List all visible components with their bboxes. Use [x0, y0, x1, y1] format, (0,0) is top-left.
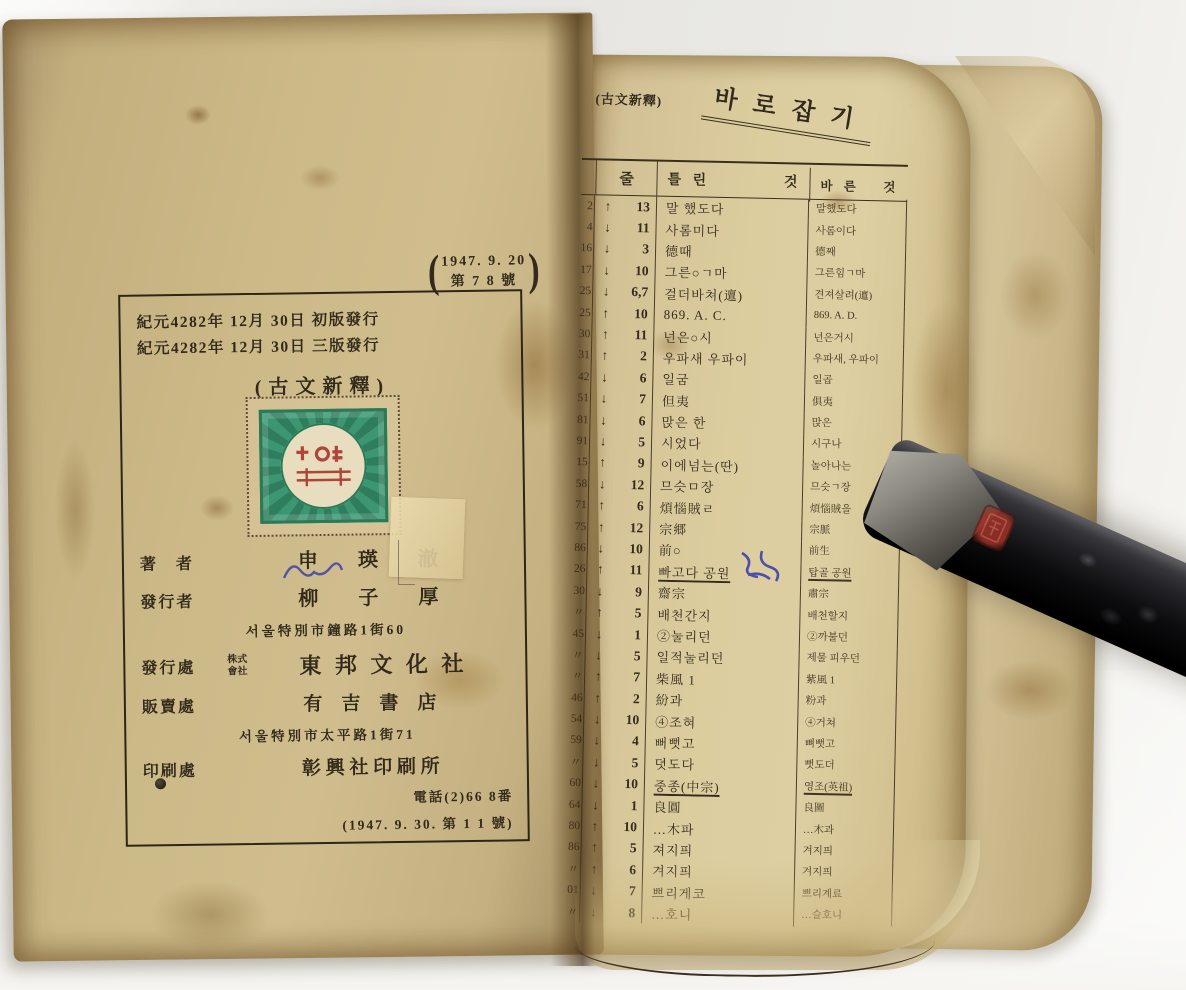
errata-wrong-text: 빠고다 공원: [658, 562, 730, 583]
errata-correct-text: 뻣도더: [804, 757, 835, 773]
errata-wrong-text: 시었다: [661, 433, 702, 453]
errata-correct-text: 겨지픠: [802, 843, 833, 859]
errata-wrong-text: 맍은 한: [661, 412, 706, 432]
errata-correct-text: 일곱: [812, 372, 833, 387]
errata-wrong-text: 쁘리게코: [651, 882, 706, 902]
errata-line-number: 5: [612, 602, 648, 624]
errata-table: 줄 틀 린 것 바 른 것 2 ↑ 13 말 했도다 말했도다 4 ↓ 11 사…: [566, 158, 908, 929]
errata-wrong-text: …木파: [653, 818, 695, 838]
errata-correct-text: 놀아나는: [810, 458, 851, 474]
errata-correct-text: 우파새, 우파이: [813, 351, 879, 367]
printer-row: 印刷處 彰 興 社 印 刷 所: [143, 750, 513, 782]
errata-line-number: 10: [619, 260, 655, 282]
errata-wrong-text: 煩惱賊ㄹ: [660, 497, 716, 517]
errata-wrong-text: 므슷ㅁ장: [660, 476, 715, 496]
seal-imprint-icon: [292, 442, 355, 491]
errata-line-number: 2: [618, 346, 654, 368]
paren-open: (: [428, 250, 440, 296]
publishing-house-label: 發行處: [141, 654, 227, 678]
publisher-person-name: 柳 子 厚: [226, 579, 510, 612]
book-photo: ( 1947. 9. 20第 7 8 號 ) 紀元4282年 12月 30日 初…: [0, 0, 1186, 990]
series-title: (古文新釋): [595, 88, 662, 109]
book-gutter-shadow: [546, 14, 603, 966]
errata-line-number: 3: [620, 239, 656, 261]
errata-wrong-text: 이에넘는(딴): [660, 455, 739, 476]
red-seal-glyph-icon: [978, 511, 1009, 546]
publisher-person-row: 發行者 柳 子 厚: [140, 579, 510, 613]
errata-correct-text: 말했도다: [816, 201, 857, 217]
errata-wrong-text: 紛과: [655, 690, 683, 710]
errata-correct-text: 견져살려(邅): [814, 287, 872, 303]
errata-correct-text: 겨지픠: [802, 864, 833, 880]
errata-correct-text: 넌은거시: [813, 329, 854, 345]
errata-line-number: 5: [607, 837, 643, 859]
seller-address: 서울特別市太平路1街71: [142, 721, 512, 746]
errata-wrong-text: 뻐뻣고: [655, 733, 696, 753]
errata-correct-text: 시구나: [811, 436, 842, 452]
issue-note: ( 1947. 9. 20第 7 8 號 ): [428, 251, 540, 294]
errata-line-number: 7: [611, 666, 647, 688]
errata-correct-text: 良圖: [803, 800, 824, 815]
errata-correct-text: 肅宗: [808, 586, 829, 601]
errata-correct-text: 宗脈: [809, 522, 830, 537]
errata-correct-text: 탑골 공원: [808, 565, 852, 581]
errata-correct-text: 前生: [809, 543, 830, 558]
errata-wrong-text: 우파새 우파이: [663, 348, 749, 369]
errata-line-number: 11: [613, 559, 649, 581]
pencil-mark: [398, 540, 415, 585]
printer-name: 彰 興 社 印 刷 所: [229, 750, 513, 781]
errata-wrong-text: 宗郷: [659, 519, 687, 539]
errata-correct-text: 영조(英祖): [804, 779, 853, 795]
ink-dot: [155, 778, 166, 789]
errata-wrong-text: 넌은○시: [663, 326, 713, 346]
errata-wrong-text: ②눌리던: [657, 626, 712, 646]
errata-wrong-text: 일굼: [662, 369, 690, 389]
errata-line-number: 5: [616, 431, 652, 453]
errata-line-number: 9: [615, 452, 651, 474]
errata-correct-text: 배천할지: [807, 607, 848, 623]
errata-rows: 2 ↑ 13 말 했도다 말했도다 4 ↓ 11 사롬미다 사롬이다 16 ↓ …: [566, 195, 907, 929]
errata-correct-text: 德째: [815, 244, 836, 259]
errata-correct-text: 므슷ㄱ장: [810, 479, 851, 495]
errata-line-number: 2: [610, 688, 646, 710]
errata-wrong-text: 그른○ㄱ마: [664, 262, 727, 282]
right-header-tail: 것: [883, 177, 899, 195]
errata-wrong-text: 말 했도다: [666, 198, 725, 218]
edition-line-1: 紀元4282年 12月 30日 初版發行: [136, 305, 506, 332]
revenue-stamp: [259, 408, 389, 524]
errata-correct-text: ④거쳐: [805, 714, 836, 730]
wrong-col-header: 틀 린 것: [657, 162, 810, 199]
errata-line-number: 4: [610, 730, 646, 752]
publishing-house-prefix: 株式 會社: [227, 654, 247, 677]
errata-line-number: 6: [616, 410, 652, 432]
errata-line-number: 8: [606, 902, 642, 924]
errata-correct-text: 869. A. D.: [814, 310, 858, 322]
errata-correct-text: 제물 피우던: [806, 650, 860, 666]
errata-wrong-text: 德때: [665, 241, 693, 261]
errata-wrong-text: 걸더바쳐(邅): [664, 284, 743, 305]
errata-wrong-text: ④조혀: [655, 711, 697, 731]
line-col-header: 줄: [595, 160, 658, 195]
errata-wrong-text: 사롬미다: [665, 219, 720, 239]
errata-wrong-text: 배천간지: [657, 604, 712, 624]
errata-correct-text: …슬호니: [801, 907, 842, 923]
errata-line-number: 1: [608, 795, 644, 817]
seller-row: 販賣處 有 吉 書 店: [142, 686, 512, 718]
publisher-person-label: 發行者: [140, 588, 226, 612]
publishing-house-row: 發行處 株式 會社 東 邦 文 化 社: [141, 646, 511, 682]
errata-line-number: 10: [614, 538, 650, 560]
errata-correct-text: 粉과: [806, 693, 827, 708]
errata-wrong-text: 前○: [659, 540, 682, 559]
errata-correct-text: 俱夷: [812, 394, 833, 409]
errata-line-number: 7: [617, 388, 653, 410]
errata-line-number: 11: [620, 217, 656, 239]
errata-line-number: 6: [617, 367, 653, 389]
errata-wrong-text: 중종(中宗): [654, 775, 720, 795]
publishing-house-name: 東 邦 文 化 社: [255, 646, 511, 681]
errata-line-number: 6: [607, 859, 643, 881]
right-header-label: 바 른: [820, 176, 860, 195]
errata-correct-text: 그른힘ㄱ마: [814, 265, 865, 281]
errata-line-number: 10: [608, 816, 644, 838]
print-note: (1947. 9. 30. 第 1 1 號): [143, 811, 513, 836]
errata-line-number: 9: [613, 581, 649, 603]
errata-line-number: 5: [611, 645, 647, 667]
errata-wrong-text: 져지픠: [652, 840, 693, 860]
errata-line-number: 6,7: [619, 281, 655, 303]
errata-wrong-text: 뎟도다: [654, 754, 695, 774]
author-label: 著 者: [140, 550, 226, 574]
colophon-box: 紀元4282年 12月 30日 初版發行 紀元4282年 12月 30日 三版發…: [118, 289, 530, 847]
errata-wrong-text: 齋宗: [658, 583, 686, 603]
errata-correct-text: ②까불던: [807, 629, 848, 645]
errata-correct-text: 紫風 1: [806, 672, 835, 688]
errata-wrong-text: 869. A. C.: [664, 306, 727, 323]
errata-line-number: 10: [610, 709, 646, 731]
errata-correct-text: 쁘리계료: [801, 885, 842, 901]
seller-name: 有 吉 書 店: [228, 686, 512, 717]
errata-line-number: 6: [614, 495, 650, 517]
errata-wrong-text: …호니: [651, 904, 693, 924]
errata-wrong-text: 柴風 1: [656, 668, 696, 688]
seller-label: 販賣處: [142, 693, 228, 717]
paren-close: ): [528, 248, 540, 294]
printer-label: 印刷處: [143, 757, 229, 781]
errata-correct-text: …木과: [803, 821, 834, 837]
edition-line-2: 紀元4282年 12月 30日 三版發行: [137, 331, 507, 358]
errata-correct-text: 맍은: [811, 415, 832, 430]
errata-correct-text: 뼈뻣고: [805, 736, 836, 752]
wrong-header-tail: 것: [784, 171, 802, 191]
errata-line-number: 12: [614, 517, 650, 539]
errata-line-number: 5: [609, 752, 645, 774]
errata-line-number: 11: [618, 324, 654, 346]
phone-number: 電話(2)66 8番: [143, 784, 513, 809]
publisher-address: 서울特別市鐘路1街60: [141, 616, 511, 641]
wrong-header-label: 틀 린: [667, 169, 710, 190]
errata-wrong-text: 겨지픠: [652, 861, 693, 881]
errata-line-number: 10: [619, 303, 655, 325]
errata-line-number: 12: [615, 474, 651, 496]
errata-line-number: 13: [621, 196, 657, 218]
errata-line-number: 1: [612, 624, 648, 646]
direction-arrow-icon: ↑: [595, 195, 621, 217]
errata-wrong-text: 일적눌리던: [656, 647, 724, 667]
errata-line-number: 10: [609, 773, 645, 795]
errata-correct-text: 煩惱賊을: [810, 501, 852, 517]
errata-wrong-text: 但夷: [662, 390, 690, 410]
errata-wrong-text: 良圓: [653, 797, 681, 817]
errata-line-number: 7: [606, 880, 642, 902]
errata-correct-text: 사롬이다: [815, 222, 856, 238]
author-name: 申 瑛 澈: [226, 541, 510, 574]
issue-note-text: 1947. 9. 20第 7 8 號: [441, 251, 527, 293]
